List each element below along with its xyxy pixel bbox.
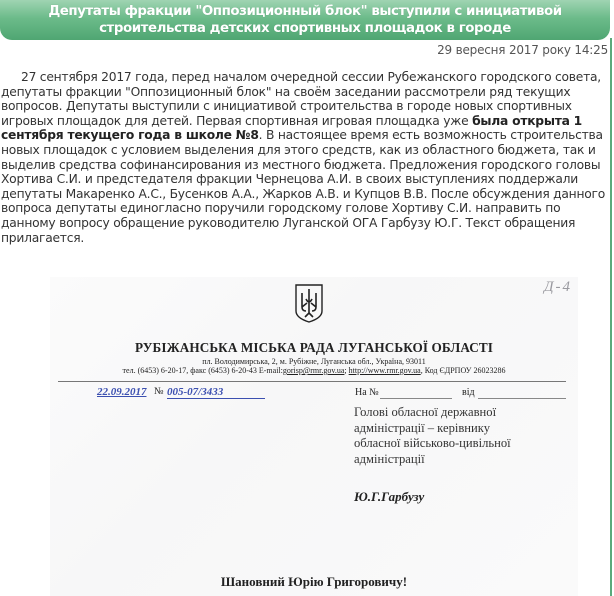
- website-link: http://www.rmr.gov.ua: [349, 366, 421, 375]
- content-right-border: [610, 38, 612, 596]
- contacts-text: тел. (6453) 6-20-17, факс (6453) 6-20-43…: [123, 366, 283, 375]
- article-title-banner: Депутаты фракции "Оппозиционный блок" вы…: [0, 0, 610, 40]
- reply-to-number-blank: [380, 398, 452, 399]
- reply-to-date-blank: [478, 398, 566, 399]
- coat-of-arms-icon: [294, 283, 324, 323]
- article-body: 27 сентября 2017 года, перед началом оче…: [1, 70, 609, 245]
- registration-number-label: №: [154, 386, 164, 397]
- organization-contacts: тел. (6453) 6-20-17, факс (6453) 6-20-43…: [50, 366, 578, 375]
- reply-to-number-label: На №: [355, 387, 379, 398]
- registration-number: 005-07/3433: [167, 386, 265, 399]
- organization-name: РУБІЖАНСЬКА МІСЬКА РАДА ЛУГАНСЬКОЇ ОБЛАС…: [50, 340, 578, 356]
- article-text: . В настоящее время есть возможность стр…: [1, 128, 605, 244]
- reply-to-date-label: від: [462, 387, 475, 398]
- article-title-line-1: Депутаты фракции "Оппозиционный блок" вы…: [0, 3, 610, 20]
- organization-address: пл. Володимирська, 2, м. Рубіжне, Луганс…: [50, 357, 578, 366]
- addressee-line: адміністрації: [354, 452, 511, 468]
- letterhead-divider: [58, 381, 566, 382]
- registration-date: 22.09.2017: [97, 386, 147, 398]
- addressee-block: Голові обласної державної адміністрації …: [354, 405, 511, 467]
- handwritten-mark: Д-4: [544, 279, 572, 296]
- edrpou-code: , Код ЄДРПОУ 26023286: [421, 366, 506, 375]
- article-title-line-2: строительства детских спортивных площадо…: [0, 20, 610, 37]
- addressee-name: Ю.Г.Гарбузу: [354, 489, 424, 505]
- addressee-line: Голові обласної державної: [354, 405, 511, 421]
- addressee-line: адміністрації – керівнику: [354, 421, 511, 437]
- scanned-letter-image[interactable]: Д-4 РУБІЖАНСЬКА МІСЬКА РАДА ЛУГАНСЬКОЇ О…: [50, 277, 578, 596]
- article-date: 29 вересня 2017 року 14:25: [437, 43, 608, 57]
- article-paragraph: 27 сентября 2017 года, перед началом оче…: [1, 70, 609, 245]
- addressee-line: обласної військово-цивільної: [354, 436, 511, 452]
- email-link: gorisp@rmr.gov.ua: [283, 366, 345, 375]
- letter-salutation: Шановний Юрію Григоровичу!: [50, 574, 578, 590]
